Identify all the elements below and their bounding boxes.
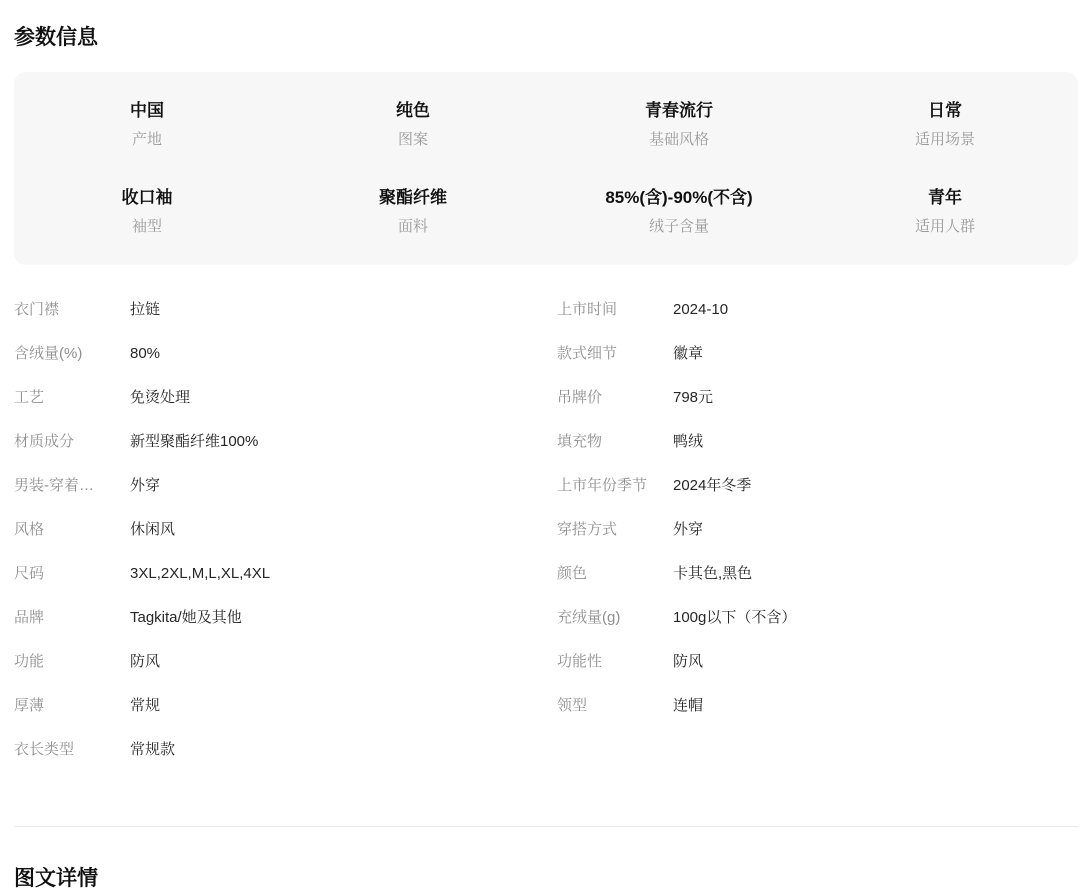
highlight-cell: 青年 适用人群 bbox=[812, 188, 1078, 235]
parameter-list: 衣门襟 拉链 含绒量(%) 80% 工艺 免烫处理 材质成分 新型聚酯纤维100… bbox=[14, 300, 1078, 784]
param-value: 防风 bbox=[130, 652, 160, 672]
param-label: 吊牌价 bbox=[557, 388, 673, 408]
param-row: 上市年份季节 2024年冬季 bbox=[557, 476, 1078, 496]
param-row: 功能 防风 bbox=[14, 652, 557, 672]
highlight-label: 产地 bbox=[14, 132, 280, 148]
param-value: 100g以下（不含） bbox=[673, 608, 796, 628]
highlight-cell: 收口袖 袖型 bbox=[14, 188, 280, 235]
param-label: 工艺 bbox=[14, 388, 130, 408]
param-value: 常规款 bbox=[130, 740, 175, 760]
highlight-cell: 85%(含)-90%(不含) 绒子含量 bbox=[546, 188, 812, 235]
param-row: 功能性 防风 bbox=[557, 652, 1078, 672]
param-row: 材质成分 新型聚酯纤维100% bbox=[14, 432, 557, 452]
param-row: 领型 连帽 bbox=[557, 696, 1078, 716]
highlight-value: 中国 bbox=[14, 101, 280, 121]
param-label: 上市年份季节 bbox=[557, 476, 673, 496]
param-value: Tagkita/她及其他 bbox=[130, 608, 242, 628]
section-title-detail: 图文详情 bbox=[14, 868, 1078, 890]
param-row: 充绒量(g) 100g以下（不含） bbox=[557, 608, 1078, 628]
param-label: 男装-穿着… bbox=[14, 476, 130, 496]
param-label: 衣门襟 bbox=[14, 300, 130, 320]
highlight-label: 面料 bbox=[280, 219, 546, 235]
param-row: 上市时间 2024-10 bbox=[557, 300, 1078, 320]
param-label: 充绒量(g) bbox=[557, 608, 673, 628]
param-value: 休闲风 bbox=[130, 520, 175, 540]
param-value: 外穿 bbox=[673, 520, 703, 540]
highlight-cell: 中国 产地 bbox=[14, 101, 280, 148]
parameter-column-left: 衣门襟 拉链 含绒量(%) 80% 工艺 免烫处理 材质成分 新型聚酯纤维100… bbox=[14, 300, 557, 784]
param-row: 男装-穿着… 外穿 bbox=[14, 476, 557, 496]
param-value: 免烫处理 bbox=[130, 388, 190, 408]
param-row: 尺码 3XL,2XL,M,L,XL,4XL bbox=[14, 564, 557, 584]
param-label: 衣长类型 bbox=[14, 740, 130, 760]
param-label: 含绒量(%) bbox=[14, 344, 130, 364]
highlight-cell: 聚酯纤维 面料 bbox=[280, 188, 546, 235]
param-value: 防风 bbox=[673, 652, 703, 672]
highlight-value: 青春流行 bbox=[546, 101, 812, 121]
param-row: 款式细节 徽章 bbox=[557, 344, 1078, 364]
param-value: 外穿 bbox=[130, 476, 160, 496]
param-label: 领型 bbox=[557, 696, 673, 716]
param-value: 新型聚酯纤维100% bbox=[130, 432, 258, 452]
highlight-label: 基础风格 bbox=[546, 132, 812, 148]
highlight-label: 适用场景 bbox=[812, 132, 1078, 148]
param-value: 798元 bbox=[673, 388, 713, 408]
highlight-cell: 青春流行 基础风格 bbox=[546, 101, 812, 148]
param-value: 2024-10 bbox=[673, 300, 728, 320]
param-value: 80% bbox=[130, 344, 160, 364]
page-container: 参数信息 中国 产地 纯色 图案 青春流行 基础风格 日常 适用场景 收口袖 袖… bbox=[0, 0, 1092, 890]
param-label: 穿搭方式 bbox=[557, 520, 673, 540]
highlight-card: 中国 产地 纯色 图案 青春流行 基础风格 日常 适用场景 收口袖 袖型 聚酯纤… bbox=[14, 72, 1078, 265]
param-label: 尺码 bbox=[14, 564, 130, 584]
highlight-value: 青年 bbox=[812, 188, 1078, 208]
param-row: 填充物 鸭绒 bbox=[557, 432, 1078, 452]
param-row: 风格 休闲风 bbox=[14, 520, 557, 540]
section-divider bbox=[14, 826, 1078, 827]
param-value: 3XL,2XL,M,L,XL,4XL bbox=[130, 564, 270, 584]
param-label: 功能性 bbox=[557, 652, 673, 672]
param-row: 吊牌价 798元 bbox=[557, 388, 1078, 408]
param-value: 常规 bbox=[130, 696, 160, 716]
param-label: 品牌 bbox=[14, 608, 130, 628]
highlight-label: 袖型 bbox=[14, 219, 280, 235]
highlight-label: 适用人群 bbox=[812, 219, 1078, 235]
param-row: 品牌 Tagkita/她及其他 bbox=[14, 608, 557, 628]
highlight-cell: 纯色 图案 bbox=[280, 101, 546, 148]
param-value: 2024年冬季 bbox=[673, 476, 751, 496]
highlight-label: 图案 bbox=[280, 132, 546, 148]
highlight-value: 纯色 bbox=[280, 101, 546, 121]
highlight-value: 85%(含)-90%(不含) bbox=[546, 188, 812, 208]
param-label: 颜色 bbox=[557, 564, 673, 584]
highlight-value: 收口袖 bbox=[14, 188, 280, 208]
parameter-column-right: 上市时间 2024-10 款式细节 徽章 吊牌价 798元 填充物 鸭绒 上市年… bbox=[557, 300, 1078, 784]
param-label: 风格 bbox=[14, 520, 130, 540]
param-row: 含绒量(%) 80% bbox=[14, 344, 557, 364]
param-label: 上市时间 bbox=[557, 300, 673, 320]
param-row: 衣门襟 拉链 bbox=[14, 300, 557, 320]
highlight-value: 聚酯纤维 bbox=[280, 188, 546, 208]
param-row: 颜色 卡其色,黑色 bbox=[557, 564, 1078, 584]
param-label: 填充物 bbox=[557, 432, 673, 452]
param-value: 卡其色,黑色 bbox=[673, 564, 752, 584]
param-label: 厚薄 bbox=[14, 696, 130, 716]
param-row: 衣长类型 常规款 bbox=[14, 740, 557, 760]
highlight-label: 绒子含量 bbox=[546, 219, 812, 235]
param-label: 材质成分 bbox=[14, 432, 130, 452]
param-value: 鸭绒 bbox=[673, 432, 703, 452]
param-row: 工艺 免烫处理 bbox=[14, 388, 557, 408]
param-row: 厚薄 常规 bbox=[14, 696, 557, 716]
param-value: 连帽 bbox=[673, 696, 703, 716]
section-title-params: 参数信息 bbox=[14, 0, 1078, 49]
highlight-cell: 日常 适用场景 bbox=[812, 101, 1078, 148]
param-value: 徽章 bbox=[673, 344, 703, 364]
param-row: 穿搭方式 外穿 bbox=[557, 520, 1078, 540]
param-label: 款式细节 bbox=[557, 344, 673, 364]
param-value: 拉链 bbox=[130, 300, 160, 320]
param-label: 功能 bbox=[14, 652, 130, 672]
highlight-value: 日常 bbox=[812, 101, 1078, 121]
